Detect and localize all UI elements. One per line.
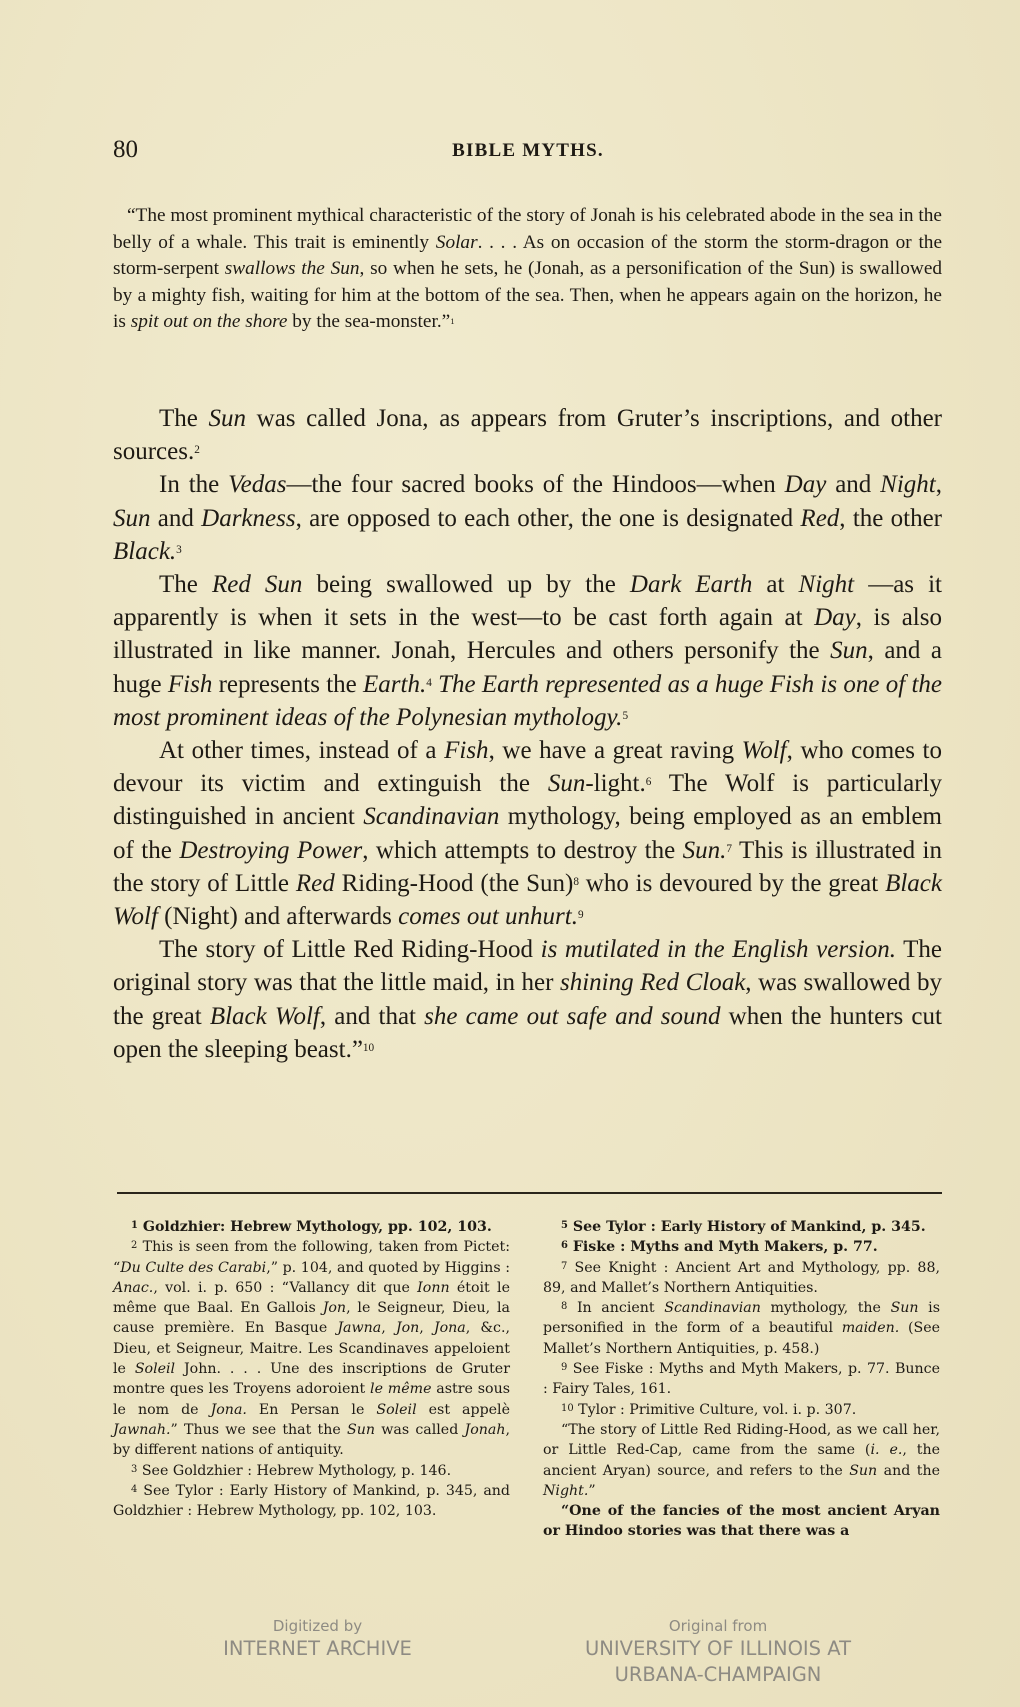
footnote-6: 6 Fiske : Myths and Myth Makers, p. 77. xyxy=(543,1237,940,1257)
footnote-9: 9 See Fiske : Myths and Myth Makers, p. … xyxy=(543,1359,940,1400)
paragraph-1: The Sun was called Jona, as appears from… xyxy=(113,402,942,468)
running-title: BIBLE MYTHS. xyxy=(113,140,943,162)
footnote-ref: 3 xyxy=(176,544,182,556)
paragraph-4: At other times, instead of a Fish, we ha… xyxy=(113,734,942,933)
footnote-ref: 4 xyxy=(426,677,432,689)
footnote-ref: 6 xyxy=(646,776,652,788)
original-from-watermark: Original from UNIVERSITY OF ILLINOIS AT … xyxy=(578,1616,858,1688)
page-header: 80 BIBLE MYTHS. xyxy=(113,136,943,168)
footnote-ref: 1 xyxy=(450,316,454,326)
footnote-5: 5 See Tylor : Early History of Mankind, … xyxy=(543,1217,940,1237)
footnote-10: 10 Tylor : Primitive Culture, vol. i. p.… xyxy=(543,1400,940,1420)
footnote-3: 3 See Goldzhier : Hebrew Mythology, p. 1… xyxy=(113,1461,510,1481)
footnote-4: 4 See Tylor : Early History of Mankind, … xyxy=(113,1481,510,1522)
quote-paragraph: “The most prominent mythical characteris… xyxy=(113,203,942,336)
paragraph-3: The Red Sun being swallowed up by the Da… xyxy=(113,568,942,734)
body-text: The Sun was called Jona, as appears from… xyxy=(113,402,942,1066)
footnote-2: 2 This is seen from the following, taken… xyxy=(113,1237,510,1460)
footnote-ref: 2 xyxy=(194,444,200,456)
footnote-ref: 7 xyxy=(726,843,732,855)
block-quote: “The most prominent mythical characteris… xyxy=(113,203,942,336)
footnote-ref: 10 xyxy=(363,1042,374,1054)
footnote-7: 7 See Knight : Ancient Art and Mythology… xyxy=(543,1258,940,1299)
footnote-10-quote-2: “One of the fancies of the most ancient … xyxy=(543,1501,940,1542)
footnote-ref: 9 xyxy=(578,909,584,921)
paragraph-2: In the Vedas—the four sacred books of th… xyxy=(113,468,942,568)
footnote-1: 1 Goldzhier: Hebrew Mythology, pp. 102, … xyxy=(113,1217,510,1237)
footnotes-left-column: 1 Goldzhier: Hebrew Mythology, pp. 102, … xyxy=(113,1217,510,1521)
footnote-ref: 8 xyxy=(573,876,579,888)
footnote-ref: 5 xyxy=(622,710,628,722)
footnote-10-quote-1: “The story of Little Red Riding-Hood, as… xyxy=(543,1420,940,1501)
paragraph-5: The story of Little Red Riding-Hood is m… xyxy=(113,933,942,1066)
footnote-divider xyxy=(117,1192,942,1194)
footnotes-right-column: 5 See Tylor : Early History of Mankind, … xyxy=(543,1217,940,1542)
footnote-8: 8 In ancient Scandinavian mythology, the… xyxy=(543,1298,940,1359)
digitized-by-watermark: Digitized by INTERNET ARCHIVE xyxy=(190,1616,445,1662)
